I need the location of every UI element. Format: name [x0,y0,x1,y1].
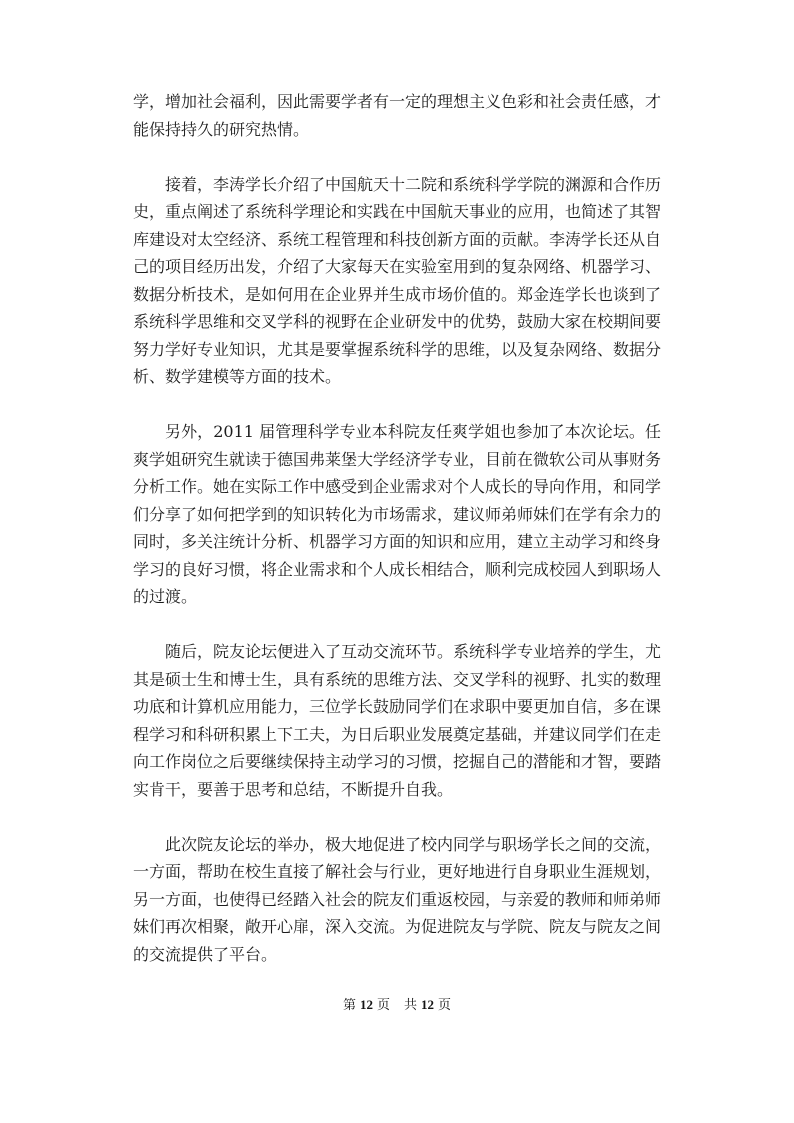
paragraph-conclusion: 此次院友论坛的举办，极大地促进了校内同学与职场学长之间的交流，一方面，帮助在校生… [133,831,661,969]
document-page: 学，增加社会福利，因此需要学者有一定的理想主义色彩和社会责任感，才能保持持久的研… [0,0,794,1123]
footer-unit-page: 页 [377,998,390,1013]
document-body: 学，增加社会福利，因此需要学者有一定的理想主义色彩和社会责任感，才能保持持久的研… [133,88,661,996]
page-footer: 第12页共12页 [0,997,794,1014]
footer-unit-total: 页 [438,998,451,1013]
footer-current-page-number: 12 [360,997,373,1012]
footer-label-total: 共 [404,998,417,1013]
paragraph-continuation: 学，增加社会福利，因此需要学者有一定的理想主义色彩和社会责任感，才能保持持久的研… [133,88,661,143]
paragraph-speakers-intro: 接着，李涛学长介绍了中国航天十二院和系统科学学院的渊源和合作历史，重点阐述了系统… [133,171,661,391]
paragraph-alumna-renshuang: 另外，2011 届管理科学专业本科院友任爽学姐也参加了本次论坛。任爽学姐研究生就… [133,418,661,611]
footer-total-pages-number: 12 [421,997,434,1012]
paragraph-interactive-session: 随后，院友论坛便进入了互动交流环节。系统科学专业培养的学生，尤其是硕士生和博士生… [133,638,661,803]
footer-label-page: 第 [343,998,356,1013]
